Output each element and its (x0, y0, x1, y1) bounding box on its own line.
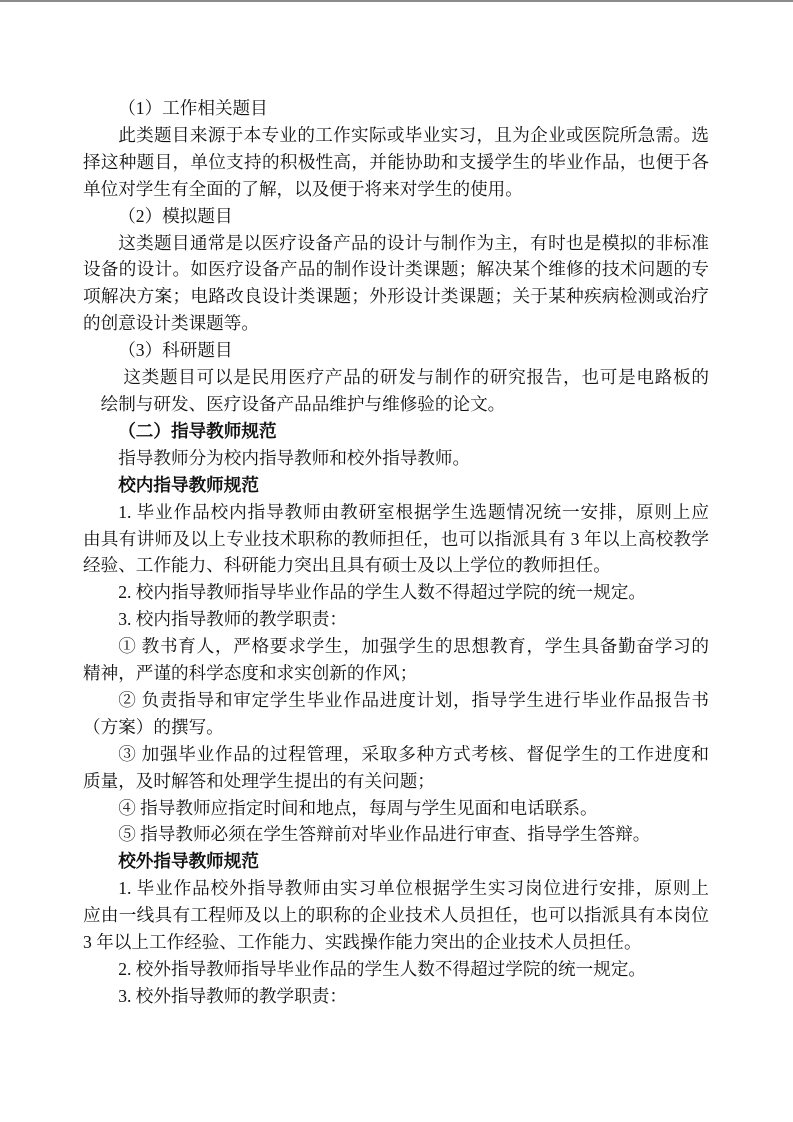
text-line: 3. 校内指导教师的教学职责： (83, 606, 709, 633)
body-paragraph: 3. 校外指导教师的教学职责： (83, 983, 709, 1010)
body-paragraph: （2）模拟题目 (83, 203, 709, 230)
text-line: ① 教书育人，严格要求学生，加强学生的思想教育，学生具备勤奋学习的 (83, 633, 709, 660)
text-line: ④ 指导教师应指定时间和地点，每周与学生见面和电话联系。 (83, 795, 709, 822)
text-line: 3. 校外指导教师的教学职责： (83, 983, 709, 1010)
body-paragraph: 1. 毕业作品校内指导教师由教研室根据学生选题情况统一安排，原则上应由具有讲师及… (83, 499, 709, 580)
text-line: 绘制与研发、医疗设备产品品维护与维修验的论文。 (83, 391, 709, 418)
text-line: 这类题目可以是民用医疗产品的研发与制作的研究报告，也可是电路板的 (83, 364, 709, 391)
text-line: 校外指导教师规范 (83, 848, 709, 875)
text-line: 应由一线具有工程师及以上的职称的企业技术人员担任，也可以指派具有本岗位 (83, 902, 709, 929)
body-paragraph: 这类题目可以是民用医疗产品的研发与制作的研究报告，也可是电路板的 绘制与研发、医… (83, 364, 709, 418)
text-line: （二）指导教师规范 (83, 418, 709, 445)
text-line: 指导教师分为校内指导教师和校外指导教师。 (83, 445, 709, 472)
body-paragraph: 2. 校内指导教师指导毕业作品的学生人数不得超过学院的统一规定。 (83, 579, 709, 606)
text-line: ② 负责指导和审定学生毕业作品进度计划，指导学生进行毕业作品报告书 (83, 687, 709, 714)
body-paragraph: 3. 校内指导教师的教学职责： (83, 606, 709, 633)
text-line: 精神，严谨的科学态度和求实创新的作风； (83, 660, 709, 687)
text-line: 单位对学生有全面的了解，以及便于将来对学生的使用。 (83, 176, 709, 203)
heading-paragraph: 校外指导教师规范 (83, 848, 709, 875)
text-line: 1. 毕业作品校内指导教师由教研室根据学生选题情况统一安排，原则上应 (83, 499, 709, 526)
text-line: 这类题目通常是以医疗设备产品的设计与制作为主，有时也是模拟的非标准 (83, 230, 709, 257)
text-line: 此类题目来源于本专业的工作实际或毕业实习，且为企业或医院所急需。选 (83, 122, 709, 149)
text-line: 项解决方案；电路改良设计类课题；外形设计类课题；关于某种疾病检测或治疗 (83, 283, 709, 310)
body-paragraph: ④ 指导教师应指定时间和地点，每周与学生见面和电话联系。 (83, 795, 709, 822)
body-paragraph: 指导教师分为校内指导教师和校外指导教师。 (83, 445, 709, 472)
text-line: （1）工作相关题目 (83, 95, 709, 122)
body-paragraph: ⑤ 指导教师必须在学生答辩前对毕业作品进行审查、指导学生答辩。 (83, 821, 709, 848)
heading-paragraph: 校内指导教师规范 (83, 472, 709, 499)
body-paragraph: ③ 加强毕业作品的过程管理，采取多种方式考核、督促学生的工作进度和质量，及时解答… (83, 741, 709, 795)
text-line: 的创意设计类课题等。 (83, 310, 709, 337)
body-paragraph: 此类题目来源于本专业的工作实际或毕业实习，且为企业或医院所急需。选择这种题目，单… (83, 122, 709, 203)
text-line: 2. 校外指导教师指导毕业作品的学生人数不得超过学院的统一规定。 (83, 956, 709, 983)
text-line: 经验、工作能力、科研能力突出且具有硕士及以上学位的教师担任。 (83, 552, 709, 579)
body-paragraph: 这类题目通常是以医疗设备产品的设计与制作为主，有时也是模拟的非标准设备的设计。如… (83, 230, 709, 338)
text-line: （方案）的撰写。 (83, 714, 709, 741)
text-line: 由具有讲师及以上专业技术职称的教师担任，也可以指派具有 3 年以上高校教学 (83, 526, 709, 553)
body-paragraph: ① 教书育人，严格要求学生，加强学生的思想教育，学生具备勤奋学习的精神，严谨的科… (83, 633, 709, 687)
text-line: 设备的设计。如医疗设备产品的制作设计类课题；解决某个维修的技术问题的专 (83, 256, 709, 283)
text-line: ③ 加强毕业作品的过程管理，采取多种方式考核、督促学生的工作进度和 (83, 741, 709, 768)
text-line: （2）模拟题目 (83, 203, 709, 230)
document-body: （1）工作相关题目此类题目来源于本专业的工作实际或毕业实习，且为企业或医院所急需… (83, 95, 709, 1010)
text-line: 2. 校内指导教师指导毕业作品的学生人数不得超过学院的统一规定。 (83, 579, 709, 606)
scan-top-edge-line (0, 0, 793, 2)
body-paragraph: ② 负责指导和审定学生毕业作品进度计划，指导学生进行毕业作品报告书（方案）的撰写… (83, 687, 709, 741)
text-line: 3 年以上工作经验、工作能力、实践操作能力突出的企业技术人员担任。 (83, 929, 709, 956)
text-line: 1. 毕业作品校外指导教师由实习单位根据学生实习岗位进行安排，原则上 (83, 875, 709, 902)
text-line: 质量，及时解答和处理学生提出的有关问题； (83, 768, 709, 795)
text-line: ⑤ 指导教师必须在学生答辩前对毕业作品进行审查、指导学生答辩。 (83, 821, 709, 848)
text-line: （3）科研题目 (83, 337, 709, 364)
body-paragraph: （1）工作相关题目 (83, 95, 709, 122)
text-line: 择这种题目，单位支持的积极性高，并能协助和支援学生的毕业作品，也便于各 (83, 149, 709, 176)
heading-paragraph: （二）指导教师规范 (83, 418, 709, 445)
body-paragraph: 1. 毕业作品校外指导教师由实习单位根据学生实习岗位进行安排，原则上应由一线具有… (83, 875, 709, 956)
text-line: 校内指导教师规范 (83, 472, 709, 499)
body-paragraph: （3）科研题目 (83, 337, 709, 364)
document-page: （1）工作相关题目此类题目来源于本专业的工作实际或毕业实习，且为企业或医院所急需… (0, 0, 793, 1122)
body-paragraph: 2. 校外指导教师指导毕业作品的学生人数不得超过学院的统一规定。 (83, 956, 709, 983)
